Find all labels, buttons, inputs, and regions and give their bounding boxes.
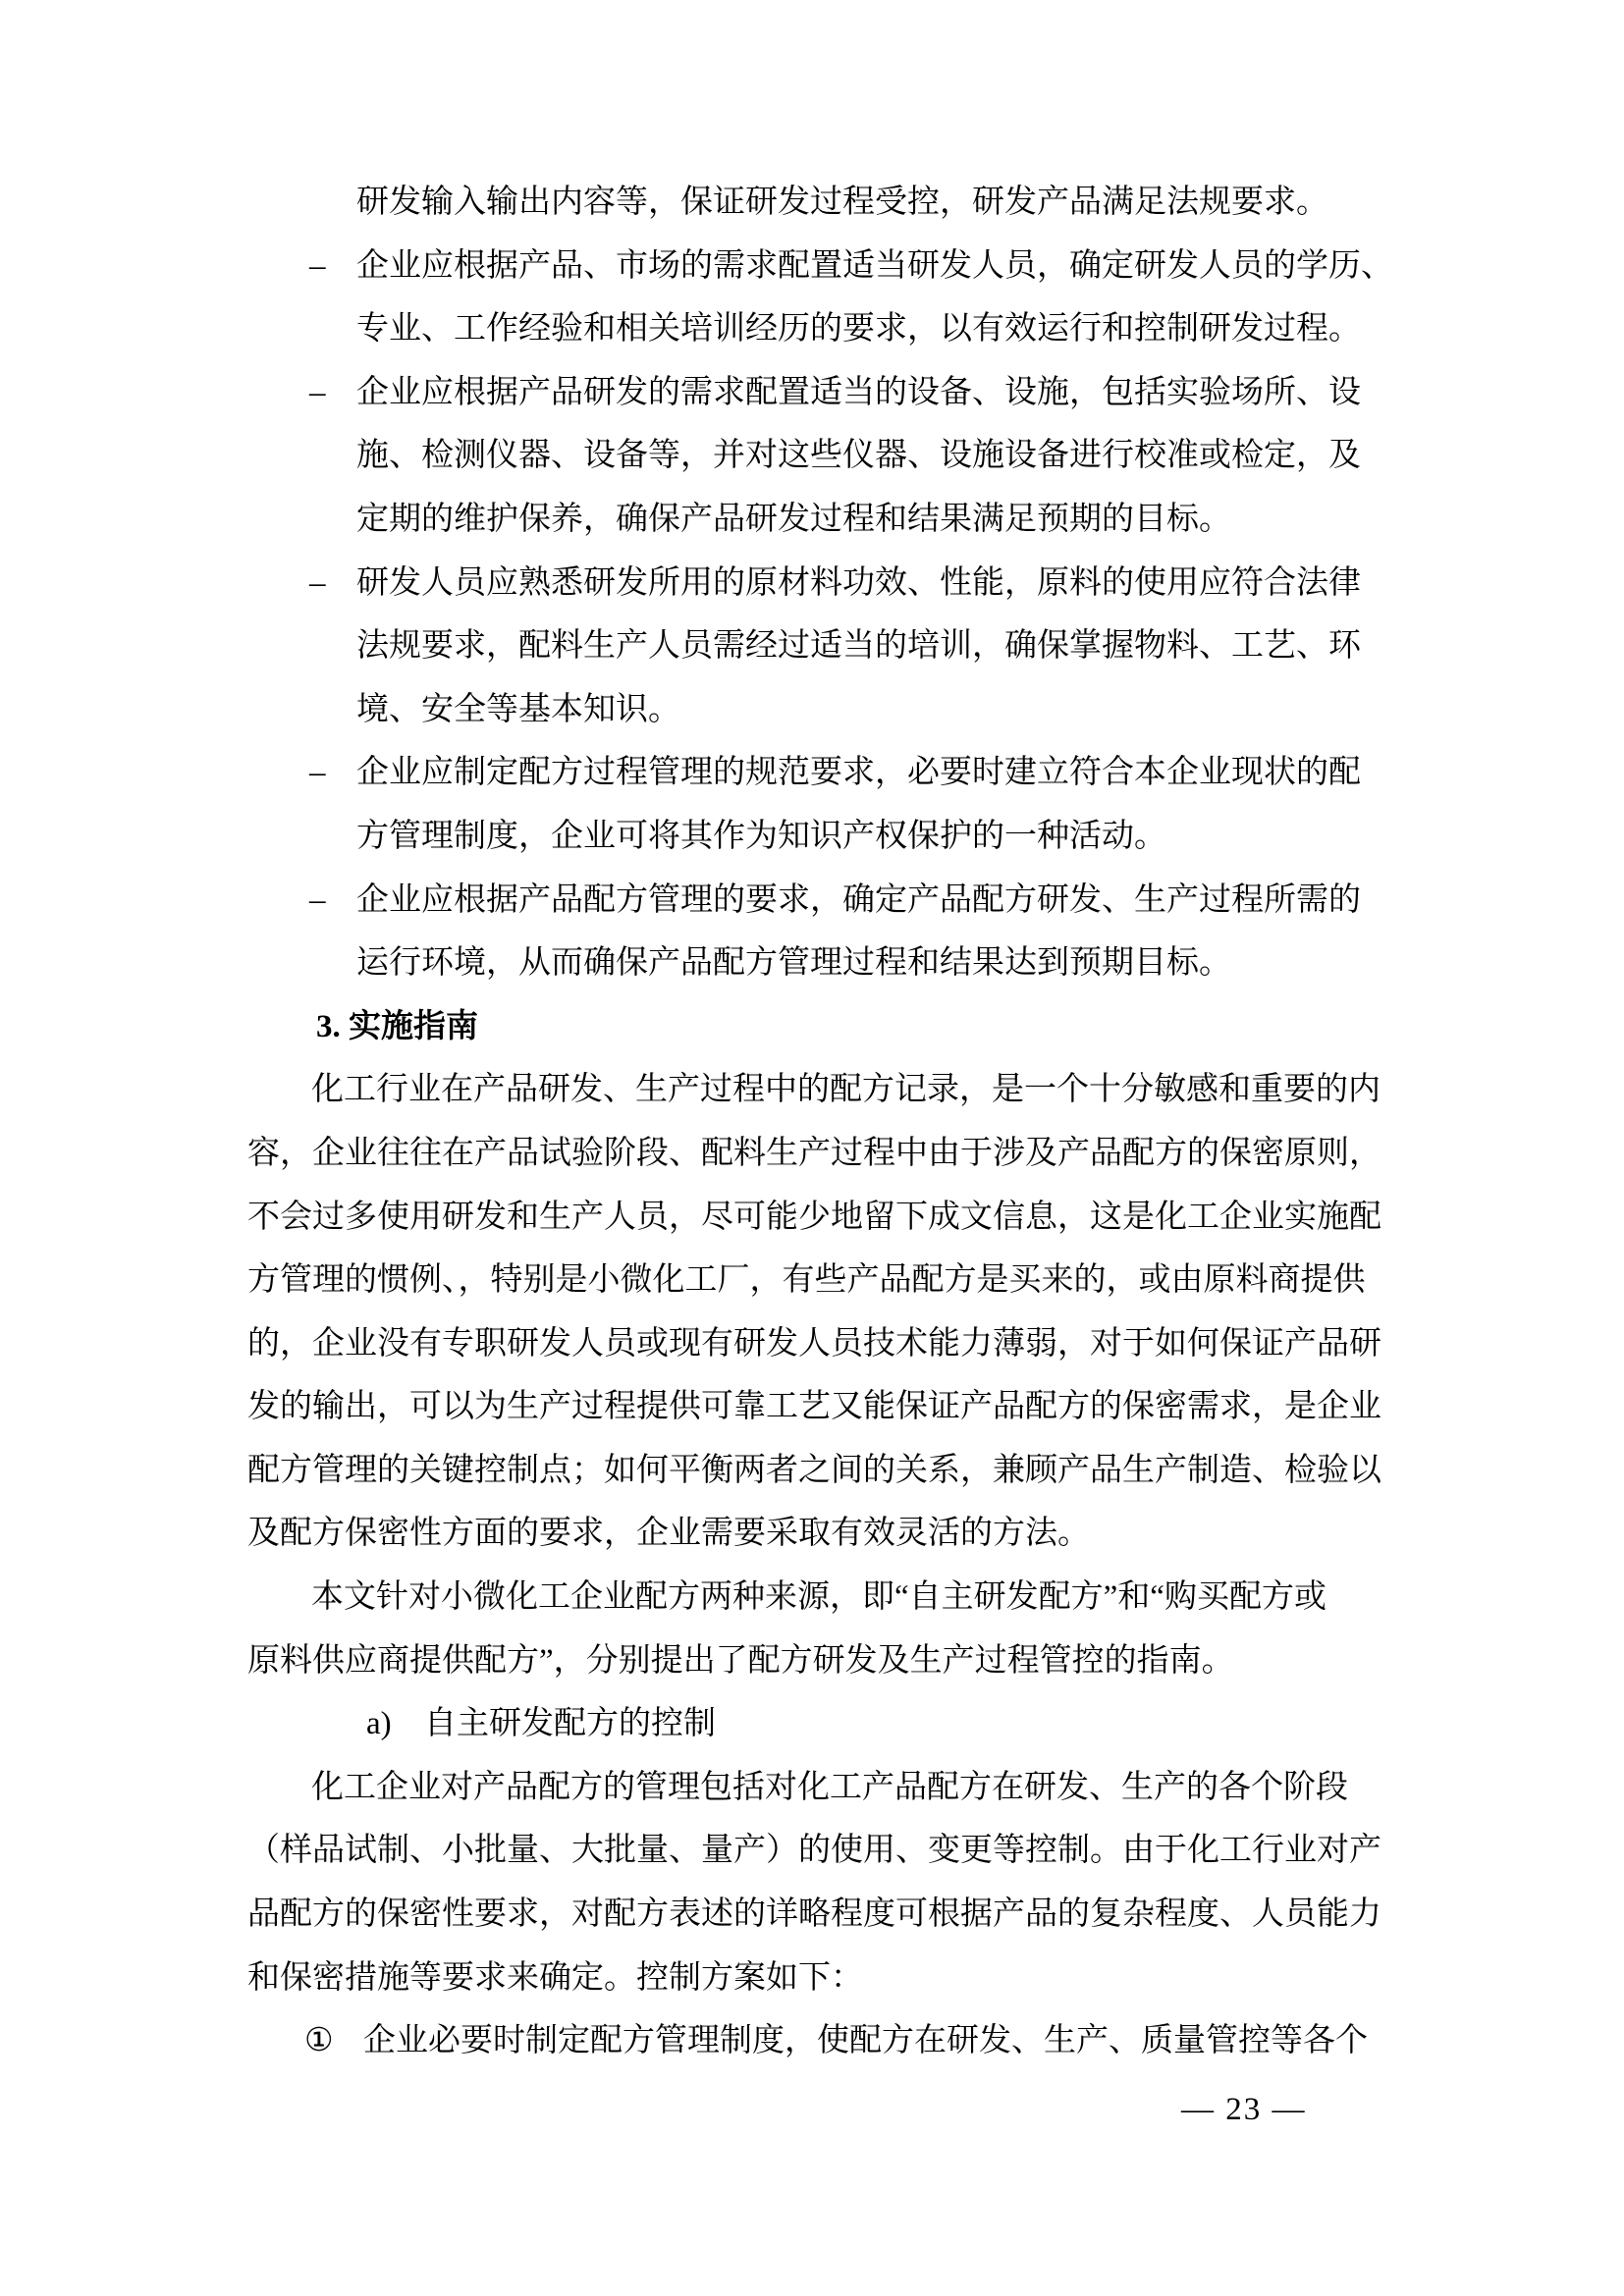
- list-item-text: 企业必要时制定配方管理制度，使配方在研发、生产、质量管控等各个: [363, 2023, 1368, 2058]
- text-line: 方管理制度，企业可将其作为知识产权保护的一种活动。: [356, 805, 1465, 869]
- text-line: 方管理的惯例、，特别是小微化工厂，有些产品配方是买来的，或由原料商提供: [247, 1249, 1465, 1312]
- text-line: 配方管理的关键控制点；如何平衡两者之间的关系，兼顾产品生产制造、检验以: [247, 1439, 1465, 1503]
- text-line: 施、检测仪器、设备等，并对这些仪器、设施设备进行校准或检定，及: [356, 424, 1465, 488]
- text-line: 法规要求，配料生产人员需经过适当的培训，确保掌握物料、工艺、环: [356, 614, 1465, 678]
- dash-bullet-marker: –: [309, 235, 326, 298]
- bullet-item: – 企业应制定配方过程管理的规范要求，必要时建立符合本企业现状的配: [356, 741, 1465, 805]
- bullet-item: – 企业应根据产品配方管理的要求，确定产品配方研发、生产过程所需的: [356, 869, 1465, 933]
- text-line: 原料供应商提供配方”，分别提出了配方研发及生产过程管控的指南。: [247, 1629, 1465, 1693]
- text-line: 定期的维护保养，确保产品研发过程和结果满足预期的目标。: [356, 488, 1465, 552]
- page-number: — 23 —: [1181, 2078, 1307, 2142]
- text-line: 境、安全等基本知识。: [356, 678, 1465, 742]
- paragraph-first-line: 本文针对小微化工企业配方两种来源，即“自主研发配方”和“购买配方或: [311, 1566, 1465, 1629]
- text-line: 及配方保密性方面的要求，企业需要采取有效灵活的方法。: [247, 1502, 1465, 1566]
- bullet-text: 企业应根据产品配方管理的要求，确定产品配方研发、生产过程所需的: [356, 882, 1361, 918]
- text-line: 专业、工作经验和相关培训经历的要求，以有效运行和控制研发过程。: [356, 297, 1465, 361]
- document-page: 研发输入输出内容等，保证研发过程受控，研发产品满足法规要求。 – 企业应根据产品…: [0, 0, 1624, 2296]
- bullet-text: 企业应制定配方过程管理的规范要求，必要时建立符合本企业现状的配: [356, 755, 1361, 790]
- dash-bullet-marker: –: [309, 741, 326, 805]
- dash-bullet-marker: –: [309, 552, 326, 615]
- bullet-text: 企业应根据产品、市场的需求配置适当研发人员，确定研发人员的学历、: [356, 248, 1393, 284]
- text-line: 运行环境，从而确保产品配方管理过程和结果达到预期目标。: [356, 932, 1465, 995]
- text-line: 研发输入输出内容等，保证研发过程受控，研发产品满足法规要求。: [356, 171, 1465, 235]
- text-line: 容，企业往往在产品试验阶段、配料生产过程中由于涉及产品配方的保密原则，: [247, 1122, 1465, 1186]
- bullet-item: – 企业应根据产品、市场的需求配置适当研发人员，确定研发人员的学历、: [356, 235, 1465, 298]
- dash-bullet-marker: –: [309, 361, 326, 425]
- list-item-text: 自主研发配方的控制: [424, 1706, 716, 1741]
- bullet-item: – 研发人员应熟悉研发所用的原材料功效、性能，原料的使用应符合法律: [356, 552, 1465, 615]
- dash-bullet-marker: –: [309, 869, 326, 933]
- letter-marker: a): [366, 1692, 392, 1756]
- text-line: 发的输出，可以为生产过程提供可靠工艺又能保证产品配方的保密需求，是企业: [247, 1375, 1465, 1439]
- text-line: 和保密措施等要求来确定。控制方案如下：: [247, 1947, 1465, 2010]
- bullet-text: 企业应根据产品研发的需求配置适当的设备、设施，包括实验场所、设: [356, 375, 1361, 410]
- text-line: 不会过多使用研发和生产人员，尽可能少地留下成文信息，这是化工企业实施配: [247, 1186, 1465, 1250]
- document-body: 研发输入输出内容等，保证研发过程受控，研发产品满足法规要求。 – 企业应根据产品…: [247, 171, 1465, 2073]
- bullet-text: 研发人员应熟悉研发所用的原材料功效、性能，原料的使用应符合法律: [356, 565, 1361, 601]
- text-line: 的，企业没有专职研发人员或现有研发人员技术能力薄弱，对于如何保证产品研: [247, 1312, 1465, 1376]
- text-line: （样品试制、小批量、大批量、量产）的使用、变更等控制。由于化工行业对产: [247, 1819, 1465, 1883]
- circled-number-marker: ①: [304, 2009, 334, 2073]
- section-heading: 3. 实施指南: [316, 995, 1465, 1059]
- paragraph-first-line: 化工行业在产品研发、生产过程中的配方记录，是一个十分敏感和重要的内: [311, 1058, 1465, 1122]
- text-line: 品配方的保密性要求，对配方表述的详略程度可根据产品的复杂程度、人员能力: [247, 1883, 1465, 1947]
- lettered-list-item: a) 自主研发配方的控制: [424, 1692, 1465, 1756]
- circled-number-item: ① 企业必要时制定配方管理制度，使配方在研发、生产、质量管控等各个: [363, 2009, 1465, 2073]
- paragraph-first-line: 化工企业对产品配方的管理包括对化工产品配方在研发、生产的各个阶段: [311, 1756, 1465, 1820]
- bullet-item: – 企业应根据产品研发的需求配置适当的设备、设施，包括实验场所、设: [356, 361, 1465, 425]
